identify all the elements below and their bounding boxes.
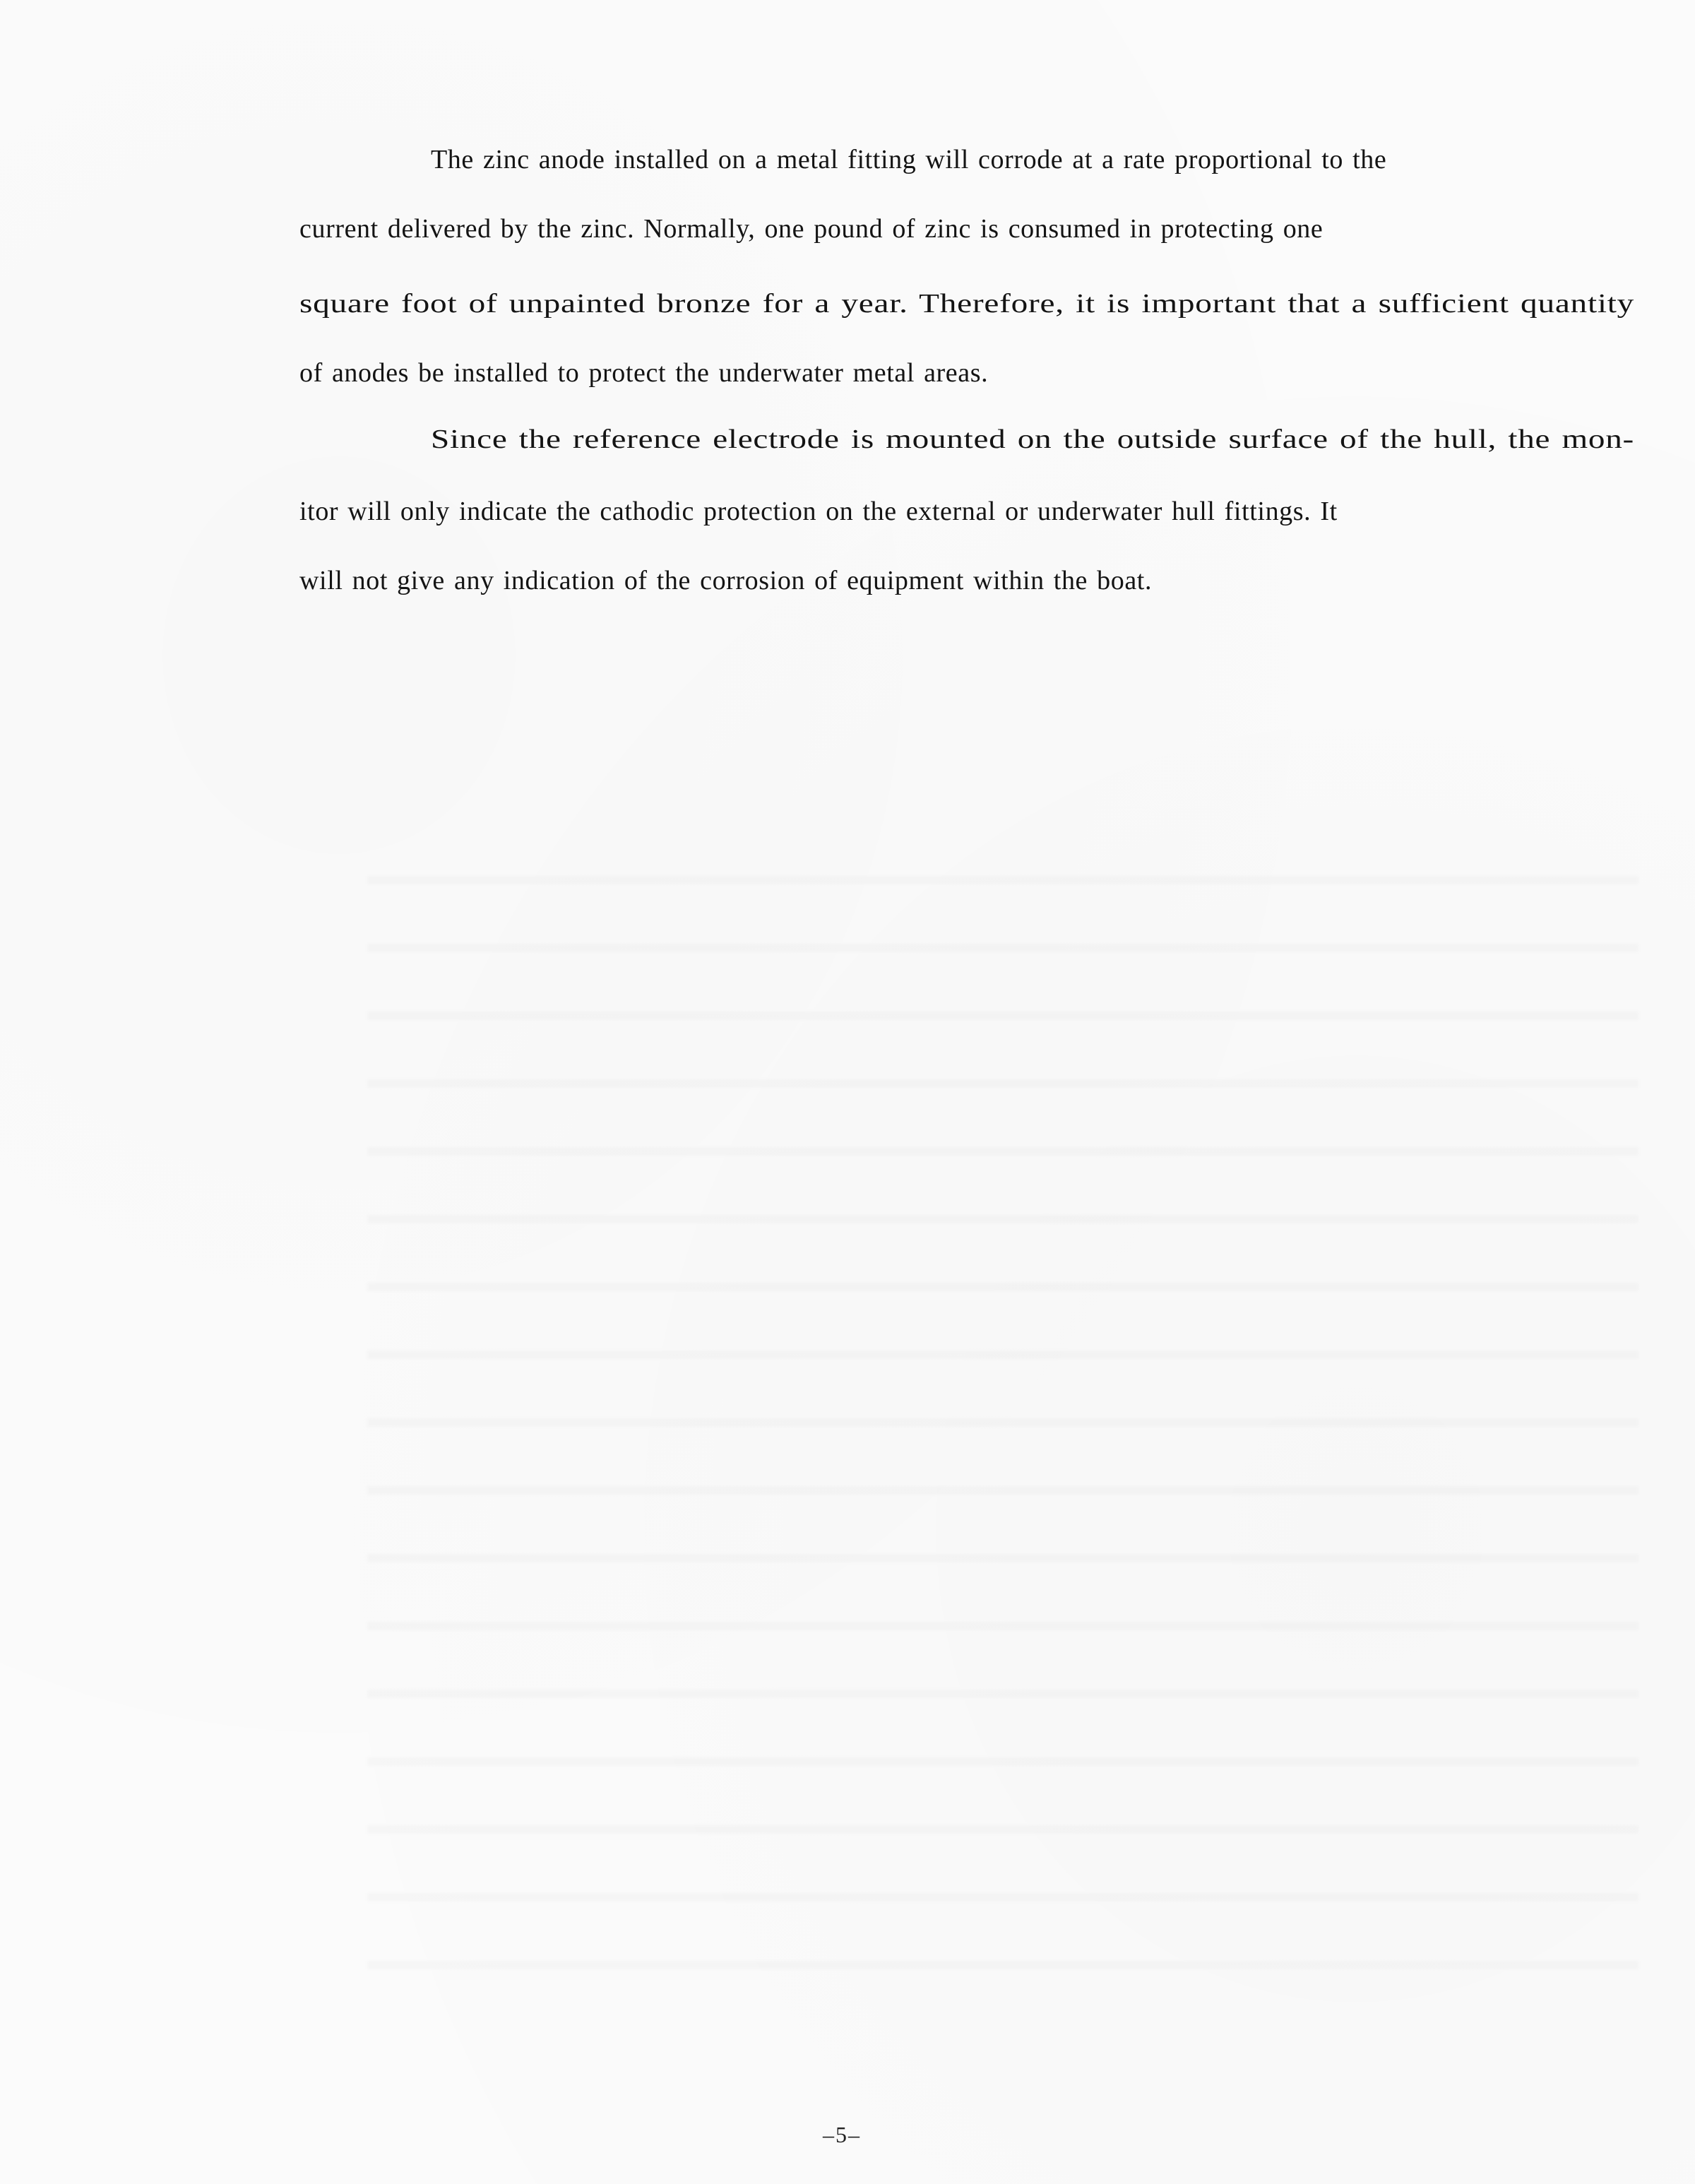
text-line: square foot of unpainted bronze for a ye… [299, 288, 1634, 319]
reverse-side-bleed-through [367, 841, 1638, 2013]
text-line: itor will only indicate the cathodic pro… [299, 496, 1338, 527]
text-line: The zinc anode installed on a metal fitt… [431, 144, 1386, 175]
page-number: –5– [823, 2122, 861, 2147]
document-page: The zinc anode installed on a metal fitt… [0, 0, 1695, 2184]
text-line: will not give any indication of the corr… [299, 565, 1152, 596]
text-line: current delivered by the zinc. Normally,… [299, 213, 1323, 244]
text-line: of anodes be installed to protect the un… [299, 357, 988, 388]
text-line: Since the reference electrode is mounted… [431, 424, 1634, 455]
